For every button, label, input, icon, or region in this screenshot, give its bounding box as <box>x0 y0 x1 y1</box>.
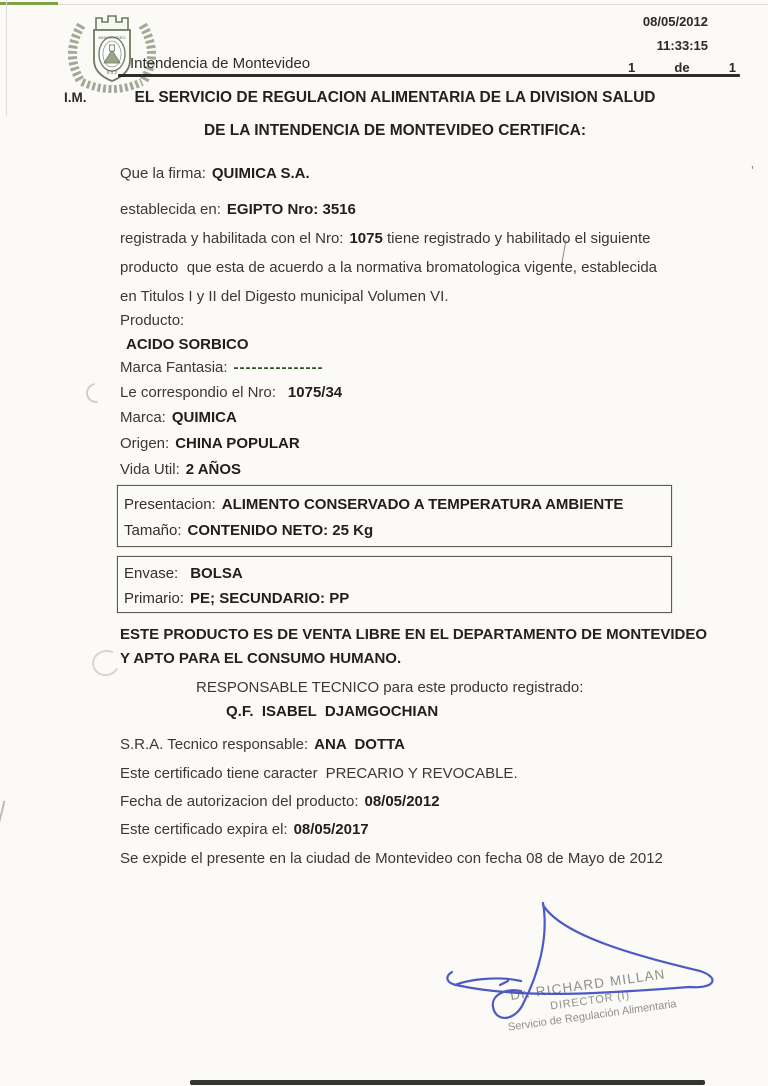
origin-value: CHINA POPULAR <box>175 435 299 452</box>
character-line: Este certificado tiene caracterPRECARIO … <box>120 765 518 782</box>
header-time: 11:33:15 <box>600 38 708 53</box>
expiry-label: Este certificado expira el: <box>120 821 288 838</box>
package-line: Envase:BOLSA <box>124 565 243 582</box>
header-page-indicator: 1 de 1 <box>628 60 736 75</box>
sra-label: S.R.A. Tecnico responsable: <box>120 736 308 753</box>
brand-line: Marca:QUIMICA <box>120 409 237 426</box>
package-label: Envase: <box>124 565 178 582</box>
address-label: establecida en: <box>120 201 221 218</box>
registration-prefix: registrada y habilitada con el Nro: <box>120 230 343 247</box>
free-sale-line2: Y APTO PARA EL CONSUMO HUMANO. <box>120 650 401 667</box>
scan-green-edge <box>0 2 58 5</box>
registration-line3: en Titulos I y II del Digesto municipal … <box>120 288 449 305</box>
shelf-life-label: Vida Util: <box>120 461 180 478</box>
product-label: Producto: <box>120 312 184 329</box>
brand-value: QUIMICA <box>172 409 237 426</box>
issue-line: Se expide el presente en la ciudad de Mo… <box>120 850 663 867</box>
auth-date-value: 08/05/2012 <box>364 793 439 810</box>
character-label: Este certificado tiene caracter <box>120 765 318 782</box>
svg-text:MONTEVIDEO: MONTEVIDEO <box>99 35 126 40</box>
assigned-number-value: 1075/34 <box>288 384 342 401</box>
shelf-life-value: 2 AÑOS <box>186 461 241 478</box>
expiry-line: Este certificado expira el:08/05/2017 <box>120 821 369 838</box>
address-line: establecida en:EGIPTO Nro: 3516 <box>120 201 356 218</box>
registration-suffix: tiene registrado y habilitado el siguien… <box>387 230 651 247</box>
scan-mark <box>0 801 5 862</box>
scan-top-edge <box>0 4 768 5</box>
package-value: BOLSA <box>190 565 243 582</box>
scan-mark <box>89 647 123 679</box>
brand-label: Marca: <box>120 409 166 426</box>
svg-text:8 0 2: 8 0 2 <box>107 70 118 75</box>
address-value: EGIPTO Nro: 3516 <box>227 201 356 218</box>
montevideo-coat-of-arms-logo: MONTEVIDEO 8 0 2 <box>56 8 168 94</box>
auth-date-label: Fecha de autorizacion del producto: <box>120 793 358 810</box>
shelf-life-line: Vida Util:2 AÑOS <box>120 461 241 478</box>
size-label: Tamaño: <box>124 522 182 539</box>
fantasy-brand-value: --------------- <box>234 359 324 376</box>
sra-line: S.R.A. Tecnico responsable:ANA DOTTA <box>120 736 405 753</box>
scan-bottom-bar <box>190 1080 705 1085</box>
sra-value: ANA DOTTA <box>314 736 405 753</box>
product-name: ACIDO SORBICO <box>126 336 249 353</box>
primary-line: Primario:PE; SECUNDARIO: PP <box>124 590 349 607</box>
certificate-title-line1: EL SERVICIO DE REGULACION ALIMENTARIA DE… <box>110 89 680 107</box>
auth-date-line: Fecha de autorizacion del producto:08/05… <box>120 793 440 810</box>
scan-mark: ’ <box>751 163 754 178</box>
assigned-number-line: Le correspondio el Nro:1075/34 <box>120 384 342 401</box>
packaging-box: Envase:BOLSA Primario:PE; SECUNDARIO: PP <box>117 556 672 613</box>
registration-line1: registrada y habilitada con el Nro:1075 … <box>120 230 651 247</box>
registration-number: 1075 <box>349 230 382 247</box>
presentation-label: Presentacion: <box>124 496 216 513</box>
firm-line: Que la firma:QUIMICA S.A. <box>120 165 310 182</box>
director-stamp: Dr. RICHARD MILLAN DIRECTOR (I) Servicio… <box>460 958 720 1041</box>
character-value: PRECARIO Y REVOCABLE. <box>326 765 518 782</box>
fantasy-brand-label: Marca Fantasia: <box>120 359 228 376</box>
origin-line: Origen:CHINA POPULAR <box>120 435 300 452</box>
primary-label: Primario: <box>124 590 184 607</box>
page-separator: de <box>674 60 689 75</box>
certificate-title-line2: DE LA INTENDENCIA DE MONTEVIDEO CERTIFIC… <box>110 122 680 140</box>
size-value: CONTENIDO NETO: 25 Kg <box>188 522 374 539</box>
assigned-number-label: Le correspondio el Nro: <box>120 384 276 401</box>
free-sale-line1: ESTE PRODUCTO ES DE VENTA LIBRE EN EL DE… <box>120 626 707 643</box>
registration-line2: producto que esta de acuerdo a la normat… <box>120 259 657 276</box>
scan-left-edge <box>6 0 7 116</box>
presentation-line: Presentacion:ALIMENTO CONSERVADO A TEMPE… <box>124 496 623 513</box>
org-name: Intendencia de Montevideo <box>130 55 310 72</box>
presentation-value: ALIMENTO CONSERVADO A TEMPERATURA AMBIEN… <box>222 496 624 513</box>
firm-value: QUIMICA S.A. <box>212 165 310 182</box>
responsible-intro: RESPONSABLE TECNICO para este producto r… <box>196 679 583 696</box>
scan-mark <box>82 379 110 407</box>
fantasy-brand-line: Marca Fantasia:--------------- <box>120 359 323 376</box>
firm-label: Que la firma: <box>120 165 206 182</box>
presentation-box: Presentacion:ALIMENTO CONSERVADO A TEMPE… <box>117 485 672 547</box>
primary-value: PE; SECUNDARIO: PP <box>190 590 349 607</box>
size-line: Tamaño:CONTENIDO NETO: 25 Kg <box>124 522 373 539</box>
im-abbreviation: I.M. <box>64 90 87 105</box>
page-current: 1 <box>628 60 635 75</box>
expiry-value: 08/05/2017 <box>294 821 369 838</box>
responsible-name: Q.F. ISABEL DJAMGOCHIAN <box>226 703 438 720</box>
header-date: 08/05/2012 <box>600 14 708 29</box>
page-total: 1 <box>729 60 736 75</box>
origin-label: Origen: <box>120 435 169 452</box>
